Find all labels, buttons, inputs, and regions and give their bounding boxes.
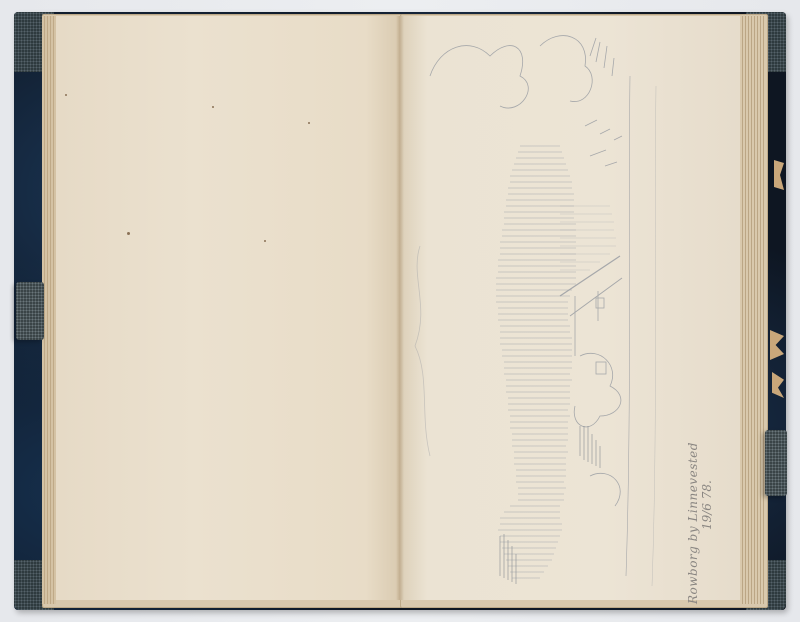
handwritten-inscription: Rowborg by Linnevested 19/6 78. — [686, 442, 714, 604]
right-page-edges — [740, 16, 766, 604]
inscription-date: 19/6 78. — [700, 442, 714, 530]
left-page-edges — [42, 16, 56, 604]
paper-speck — [308, 122, 310, 124]
inscription-place: Rowborg by Linnevested — [686, 442, 700, 604]
paper-speck — [65, 94, 67, 96]
left-page — [56, 16, 400, 600]
paper-speck — [264, 240, 266, 242]
paper-speck — [212, 106, 214, 108]
paper-speck — [127, 232, 130, 235]
leather-clasp-right — [765, 430, 787, 496]
leather-clasp-left — [16, 282, 44, 340]
